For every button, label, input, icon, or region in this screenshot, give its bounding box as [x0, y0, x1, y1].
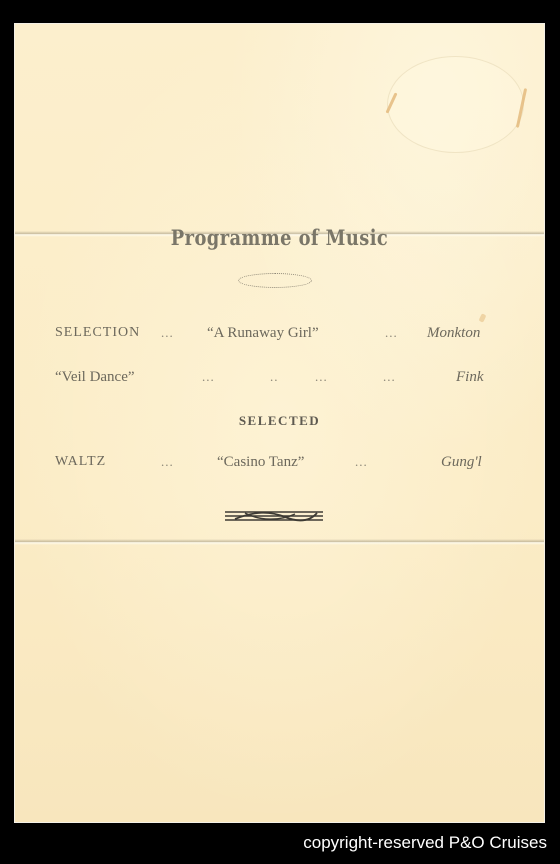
section-heading: SELECTED: [15, 413, 544, 429]
page-title: Programme of Music: [55, 225, 505, 250]
programme-type: WALTZ: [55, 454, 106, 470]
leader-dots: ...: [355, 454, 368, 470]
programme-piece: “Casino Tanz”: [217, 454, 304, 471]
fold-crease-bottom: [15, 539, 544, 545]
programme-item: WALTZ ... “Casino Tanz” ... Gung'l: [15, 454, 544, 474]
dotted-oval-icon: [238, 273, 312, 288]
leader-dots: ...: [385, 325, 398, 341]
twisted-rope-rule-icon: [225, 509, 323, 523]
leader-dots: ...: [161, 325, 174, 341]
copyright-notice: copyright-reserved P&O Cruises: [303, 833, 547, 853]
programme-piece: “Veil Dance”: [55, 369, 135, 386]
embossed-crest: [387, 56, 524, 153]
menu-card-page: Programme of Music SELECTION ... “A Runa…: [15, 24, 544, 822]
leader-dots: ...: [202, 369, 215, 385]
leader-dots: ...: [161, 454, 174, 470]
programme-item: SELECTION ... “A Runaway Girl” ... Monkt…: [15, 325, 544, 345]
leader-dots: ..: [270, 369, 279, 385]
programme-composer: Gung'l: [441, 454, 482, 471]
leader-dots: ...: [383, 369, 396, 385]
programme-type: SELECTION: [55, 325, 140, 341]
stain-mark: [479, 313, 487, 322]
programme-composer: Monkton: [427, 325, 480, 342]
programme-item: “Veil Dance” ... .. ... ... Fink: [15, 369, 544, 389]
programme-piece: “A Runaway Girl”: [207, 325, 319, 342]
programme-composer: Fink: [456, 369, 484, 386]
leader-dots: ...: [315, 369, 328, 385]
